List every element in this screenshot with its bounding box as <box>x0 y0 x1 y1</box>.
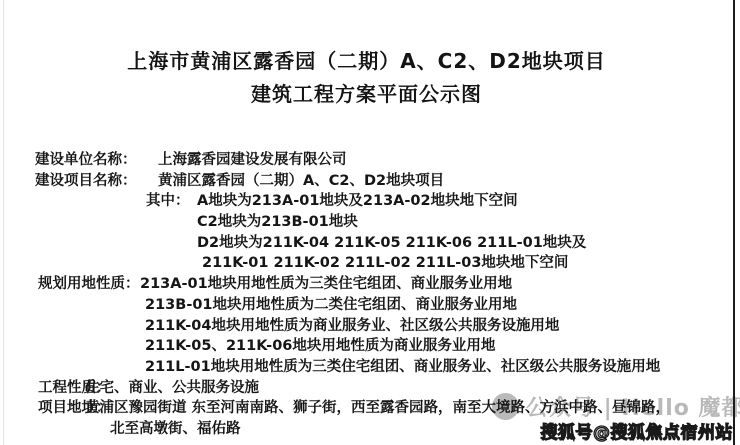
among-plot-a-value: A地块为213A-01地块及213A-02地块地下空间 <box>197 191 518 212</box>
field-among-plot-a: 其中： A地块为213A-01地块及213A-02地块地下空间 <box>35 191 740 212</box>
project-name-label: 建设项目名称： <box>35 171 137 192</box>
planning-use-label: 规划用地性质： <box>38 274 140 295</box>
planning-use-line4: 211K-05、211K-06地块用地性质为商业服务业用地 <box>145 336 495 357</box>
planning-use-line5: 211L-01地块用地性质为三类住宅组团、商业服务业、社区级公共服务设施用地 <box>145 357 660 378</box>
among-prefix: 其中： <box>146 191 190 212</box>
field-planning-use-line4: 211K-05、211K-06地块用地性质为商业服务业用地 <box>35 336 740 357</box>
sohu-watermark: 搜狐号@搜狐焦点宿州站 <box>541 418 734 443</box>
planning-use-line3: 211K-04地块用地性质为商业服务业、社区级公共服务设施用地 <box>145 316 559 337</box>
construction-unit-label: 建设单位名称： <box>35 150 137 171</box>
field-planning-use-line5: 211L-01地块用地性质为三类住宅组团、商业服务业、社区级公共服务设施用地 <box>35 357 740 378</box>
field-planning-use-line3: 211K-04地块用地性质为商业服务业、社区级公共服务设施用地 <box>35 316 740 337</box>
field-planning-use-line2: 213B-01地块用地性质为二类住宅组团、商业服务业用地 <box>35 295 740 316</box>
among-plot-c2-value: C2地块为213B-01地块 <box>197 212 358 233</box>
field-among-plot-d2: D2地块为211K-04 211K-05 211K-06 211L-01地块及 <box>35 233 740 254</box>
project-address-value: 黄浦区豫园街道 东至河南南路、狮子街，西至露香园路，南至大境路、方浜中路、昼锦路… <box>85 398 670 419</box>
project-name-value: 黄浦区露香园（二期）A、C2、D2地块项目 <box>158 171 444 192</box>
planning-use-line2: 213B-01地块用地性质为二类住宅组团、商业服务业用地 <box>145 295 517 316</box>
field-among-plot-d2-cont: 211K-01 211K-02 211L-02 211L-03地块地下空间 <box>35 253 740 274</box>
construction-unit-value: 上海露香园建设发展有限公司 <box>158 150 347 171</box>
project-address-cont-value: 北至高墩街、福佑路 <box>110 419 241 440</box>
planning-use-line1: 213A-01地块用地性质为三类住宅组团、商业服务业用地 <box>140 274 512 295</box>
page-title: 上海市黄浦区露香园（二期）A、C2、D2地块项目 建筑工程方案平面公示图 <box>0 45 733 111</box>
field-project-address: 项目地址： 黄浦区豫园街道 东至河南南路、狮子街，西至露香园路，南至大境路、方浜… <box>35 398 740 419</box>
field-construction-unit: 建设单位名称： 上海露香园建设发展有限公司 <box>35 150 740 171</box>
page-right-border <box>733 0 735 445</box>
page-title-line2: 建筑工程方案平面公示图 <box>251 82 482 106</box>
among-plot-d2-value: D2地块为211K-04 211K-05 211K-06 211L-01地块及 <box>197 233 586 254</box>
field-project-nature: 工程性质： 住宅、商业、公共服务设施 <box>35 378 740 399</box>
field-project-name: 建设项目名称： 黄浦区露香园（二期）A、C2、D2地块项目 <box>35 171 740 192</box>
project-nature-value: 住宅、商业、公共服务设施 <box>85 378 259 399</box>
page-title-line1: 上海市黄浦区露香园（二期）A、C2、D2地块项目 <box>127 49 606 73</box>
field-among-plot-c2: C2地块为213B-01地块 <box>35 212 740 233</box>
field-planning-use: 规划用地性质： 213A-01地块用地性质为三类住宅组团、商业服务业用地 <box>35 274 740 295</box>
among-plot-d2-cont-value: 211K-01 211K-02 211L-02 211L-03地块地下空间 <box>202 253 568 274</box>
notice-fields: 建设单位名称： 上海露香园建设发展有限公司 建设项目名称： 黄浦区露香园（二期）… <box>35 150 740 440</box>
public-notice-document: 上海市黄浦区露香园（二期）A、C2、D2地块项目 建筑工程方案平面公示图 建设单… <box>0 0 740 445</box>
